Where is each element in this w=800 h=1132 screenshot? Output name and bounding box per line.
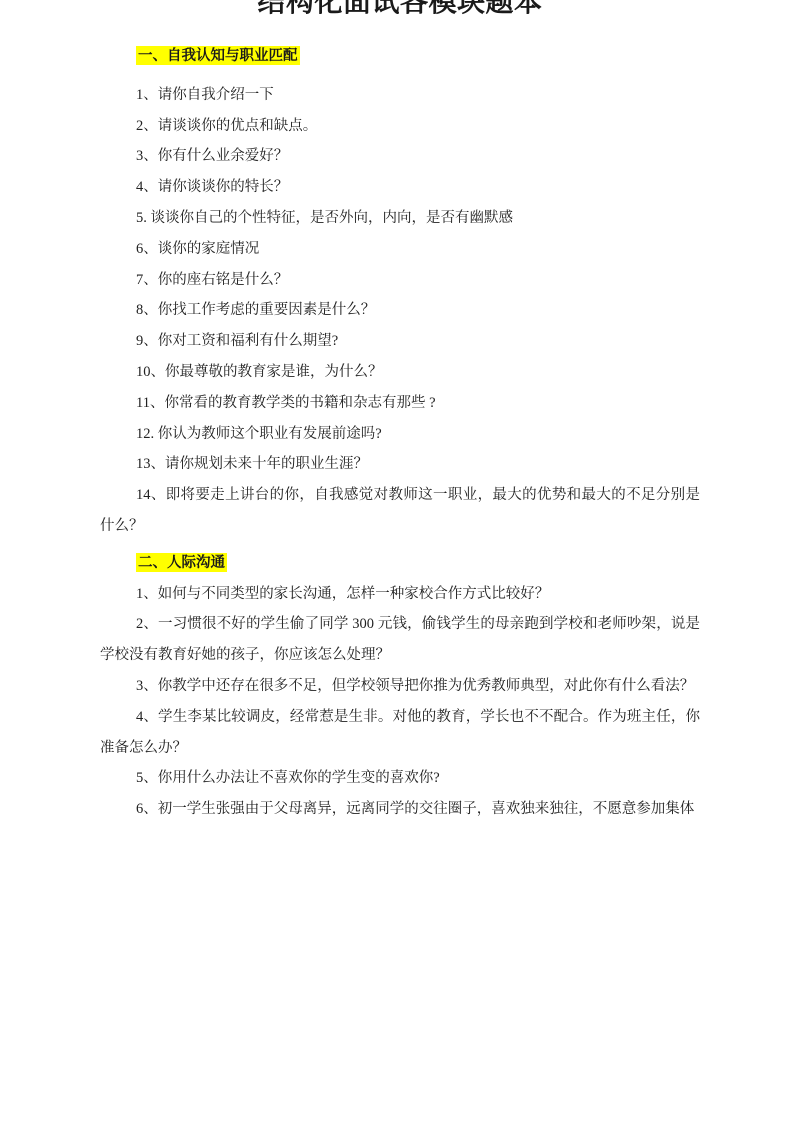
section-1-question-4: 4、请你谈谈你的特长？ [100, 172, 700, 203]
section-1-question-1: 1、请你自我介绍一下 [100, 80, 700, 111]
section-1-question-9: 9、你对工资和福利有什么期望? [100, 326, 700, 357]
section-2-question-4: 4、学生李某比较调皮，经常惹是生非。对他的教育，学长也不不配合。作为班主任，你准… [100, 702, 700, 764]
section-1-question-5: 5. 谈谈你自己的个性特征，是否外向，内向，是否有幽默感 [100, 203, 700, 234]
section-2-question-6: 6、初一学生张强由于父母离异，远离同学的交往圈子，喜欢独来独往，不愿意参加集体 [100, 794, 700, 825]
section-1-question-14: 14、即将要走上讲台的你，自我感觉对教师这一职业，最大的优势和最大的不足分别是什… [100, 480, 700, 542]
section-1-heading: 一、自我认知与职业匹配 [100, 41, 700, 72]
section-1-question-7: 7、你的座右铭是什么？ [100, 265, 700, 296]
document-page: 结构化面试各模块题本 一、自我认知与职业匹配 1、请你自我介绍一下 2、请谈谈你… [0, 0, 800, 825]
section-1-question-10: 10、你最尊敬的教育家是谁，为什么？ [100, 357, 700, 388]
section-1-question-3: 3、你有什么业余爱好？ [100, 141, 700, 172]
section-1-question-12: 12. 你认为教师这个职业有发展前途吗? [100, 419, 700, 450]
section-1-question-13: 13、请你规划未来十年的职业生涯？ [100, 449, 700, 480]
section-2-heading: 二、人际沟通 [100, 548, 700, 579]
section-2-heading-highlight: 二、人际沟通 [136, 553, 227, 572]
document-title: 结构化面试各模块题本 [100, 0, 700, 17]
section-1-question-2: 2、请谈谈你的优点和缺点。 [100, 111, 700, 142]
section-1-question-6: 6、谈你的家庭情况 [100, 234, 700, 265]
section-2-question-1: 1、如何与不同类型的家长沟通，怎样一种家校合作方式比较好？ [100, 579, 700, 610]
section-2-question-3: 3、你教学中还存在很多不足，但学校领导把你推为优秀教师典型，对此你有什么看法？ [100, 671, 700, 702]
section-1-question-11: 11、你常看的教育教学类的书籍和杂志有那些 ? [100, 388, 700, 419]
section-1-question-8: 8、你找工作考虑的重要因素是什么？ [100, 295, 700, 326]
section-2-question-5: 5、你用什么办法让不喜欢你的学生变的喜欢你? [100, 763, 700, 794]
section-1-heading-highlight: 一、自我认知与职业匹配 [136, 46, 300, 65]
section-2-question-2: 2、一习惯很不好的学生偷了同学 300 元钱，偷钱学生的母亲跑到学校和老师吵架，… [100, 609, 700, 671]
